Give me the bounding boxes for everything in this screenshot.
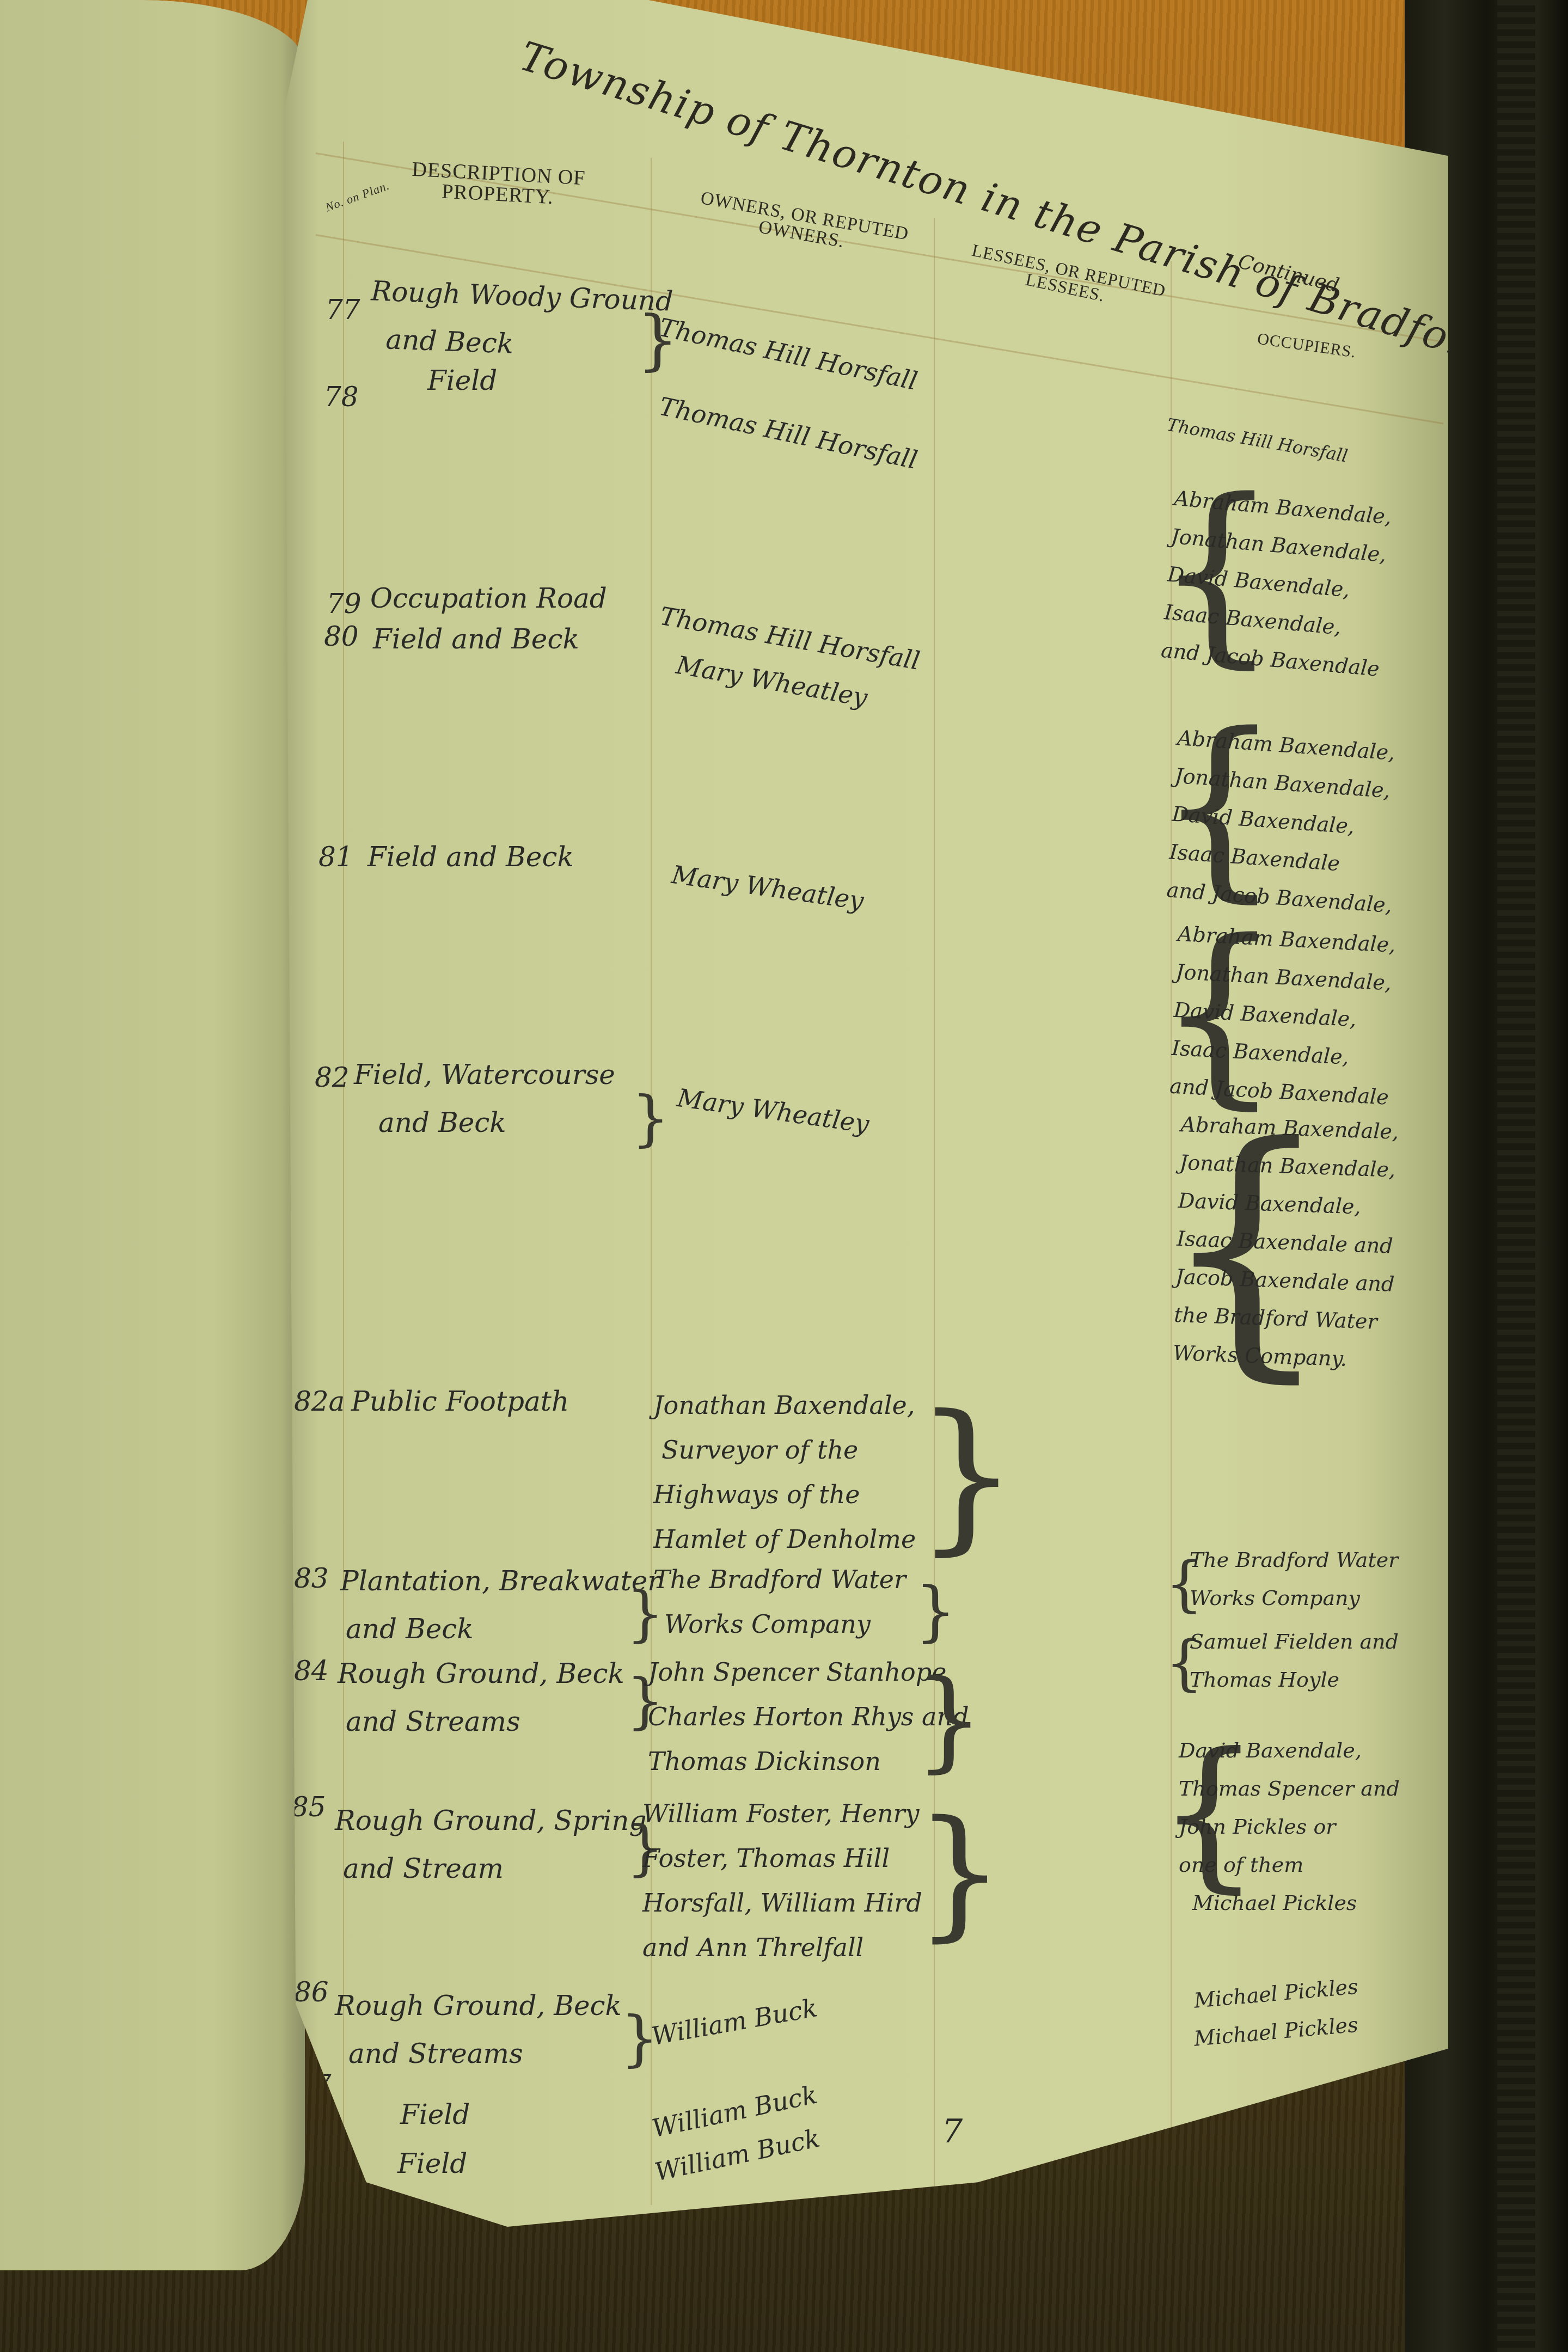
owner-line: William Foster, Henry bbox=[642, 1791, 922, 1836]
entry-owner: William Buck bbox=[648, 1986, 821, 2059]
entry-number: 79 bbox=[327, 588, 362, 620]
brace-icon: } bbox=[915, 1394, 1019, 1557]
entry-description: Field and Beck bbox=[367, 833, 574, 881]
brace-icon: } bbox=[632, 1083, 670, 1153]
description-line: Plantation, Breakwater bbox=[340, 1557, 660, 1605]
entry-number: 81 bbox=[318, 841, 353, 873]
entry-occupiers: Abraham Baxendale, Jonathan Baxendale, D… bbox=[1172, 1105, 1400, 1380]
occupier-line: The Bradford Water bbox=[1190, 1541, 1398, 1579]
entry-owners: Jonathan Baxendale, Surveyor of the High… bbox=[653, 1383, 916, 1561]
owner-line: Jonathan Baxendale, bbox=[653, 1383, 916, 1428]
entry-owners: The Bradford Water Works Company bbox=[653, 1557, 906, 1646]
description-line: Field, Watercourse bbox=[354, 1051, 615, 1099]
entry-occupiers: Abraham Baxendale, Jonathan Baxendale, D… bbox=[1169, 915, 1398, 1117]
occupier-line: John Pickles or bbox=[1179, 1808, 1400, 1846]
brace-icon: } bbox=[915, 1802, 1004, 1944]
description-line: and Streams bbox=[338, 1698, 624, 1745]
occupier-line: Michael Pickles bbox=[1179, 1884, 1400, 1922]
description-line: and Beck bbox=[340, 1605, 660, 1653]
entry-description: Field bbox=[397, 2140, 467, 2188]
entry-description: Field bbox=[400, 2091, 470, 2139]
owner-line: Horsfall, William Hird bbox=[642, 1881, 922, 1925]
left-blank-page bbox=[0, 0, 305, 2270]
entry-owner: Mary Wheatley bbox=[669, 852, 867, 923]
entry-owners: William Foster, Henry Foster, Thomas Hil… bbox=[642, 1791, 922, 1970]
rule-number-column bbox=[343, 142, 344, 2210]
owner-line: Foster, Thomas Hill bbox=[642, 1836, 922, 1881]
entry-number: 82a bbox=[294, 1386, 345, 1417]
brace-icon: } bbox=[915, 1573, 956, 1649]
entry-number: 84 bbox=[294, 1655, 329, 1687]
brace-icon: } bbox=[915, 1666, 984, 1775]
owner-line: Surveyor of the bbox=[653, 1428, 916, 1472]
entry-description: Field and Beck bbox=[373, 615, 579, 663]
occupier-line: Works Company. bbox=[1172, 1334, 1393, 1380]
entry-description: Plantation, Breakwater and Beck bbox=[340, 1557, 660, 1653]
entry-description: Field, Watercourse and Beck bbox=[354, 1051, 615, 1147]
occupier-line: one of them bbox=[1179, 1846, 1400, 1884]
entry-number: 86 bbox=[294, 1976, 329, 2008]
owner-line: The Bradford Water bbox=[653, 1557, 906, 1602]
entry-description: Public Footpath bbox=[351, 1377, 569, 1425]
description-line: and Stream bbox=[335, 1845, 647, 1892]
occupier-line: Thomas Spencer and bbox=[1179, 1769, 1400, 1808]
entry-owner: Mary Wheatley bbox=[675, 1075, 872, 1147]
entry-occupiers: Abraham Baxendale, Jonathan Baxendale, D… bbox=[1159, 479, 1394, 688]
description-line: Rough Ground, Spring bbox=[335, 1797, 647, 1845]
entry-description: Rough Ground, Beck and Streams bbox=[335, 1982, 622, 2078]
ledger-page-inner: Township of Thornton in the Parish of Br… bbox=[272, 0, 1448, 2227]
owner-line: Hamlet of Denholme bbox=[653, 1517, 916, 1561]
entry-number: 80 bbox=[324, 621, 359, 652]
entry-number: 83 bbox=[294, 1563, 329, 1594]
header-description: DESCRIPTION OF PROPERTY. bbox=[407, 158, 589, 209]
entry-owner: Thomas Hill Horsfall bbox=[655, 384, 922, 482]
entry-description: Rough Ground, Spring and Stream bbox=[335, 1797, 647, 1892]
description-line: Rough Ground, Beck bbox=[338, 1650, 624, 1698]
ledger-page: Township of Thornton in the Parish of Br… bbox=[272, 0, 1448, 2227]
entry-description: Rough Woody Ground and Beck bbox=[369, 267, 674, 373]
description-line: and Beck bbox=[354, 1099, 615, 1147]
owner-line: Highways of the bbox=[653, 1472, 916, 1517]
description-line: and Streams bbox=[335, 2030, 622, 2078]
entry-number: 77 bbox=[326, 294, 360, 326]
entry-number: 78 bbox=[324, 381, 359, 413]
entry-occupiers: Abraham Baxendale, Jonathan Baxendale, D… bbox=[1166, 719, 1404, 924]
entry-description: Field bbox=[427, 357, 497, 405]
binder-strip bbox=[1497, 0, 1535, 2352]
occupier-line: Works Company bbox=[1190, 1579, 1398, 1617]
owner-line: Works Company bbox=[653, 1602, 906, 1646]
entry-owner: Thomas Hill Horsfall bbox=[655, 305, 922, 403]
occupier-line: Thomas Hoyle bbox=[1190, 1661, 1399, 1699]
entry-occupiers: The Bradford Water Works Company bbox=[1190, 1541, 1398, 1617]
entry-occupiers: Samuel Fielden and Thomas Hoyle bbox=[1190, 1622, 1399, 1699]
header-number-on-plan: No. on Plan. bbox=[324, 180, 391, 214]
entry-number: 85 bbox=[291, 1791, 326, 1823]
entry-description: Rough Ground, Beck and Streams bbox=[338, 1650, 624, 1745]
lessee-mark: 7 bbox=[942, 2112, 963, 2151]
occupier-line: Samuel Fielden and bbox=[1190, 1622, 1399, 1661]
header-owners: OWNERS, OR REPUTED OWNERS. bbox=[674, 185, 933, 266]
owner-line: and Ann Threlfall bbox=[642, 1925, 922, 1970]
description-line: Rough Ground, Beck bbox=[335, 1982, 622, 2030]
entry-occupiers: David Baxendale, Thomas Spencer and John… bbox=[1179, 1731, 1400, 1922]
occupier-line: David Baxendale, bbox=[1179, 1731, 1400, 1769]
entry-number: 82 bbox=[315, 1062, 350, 1093]
